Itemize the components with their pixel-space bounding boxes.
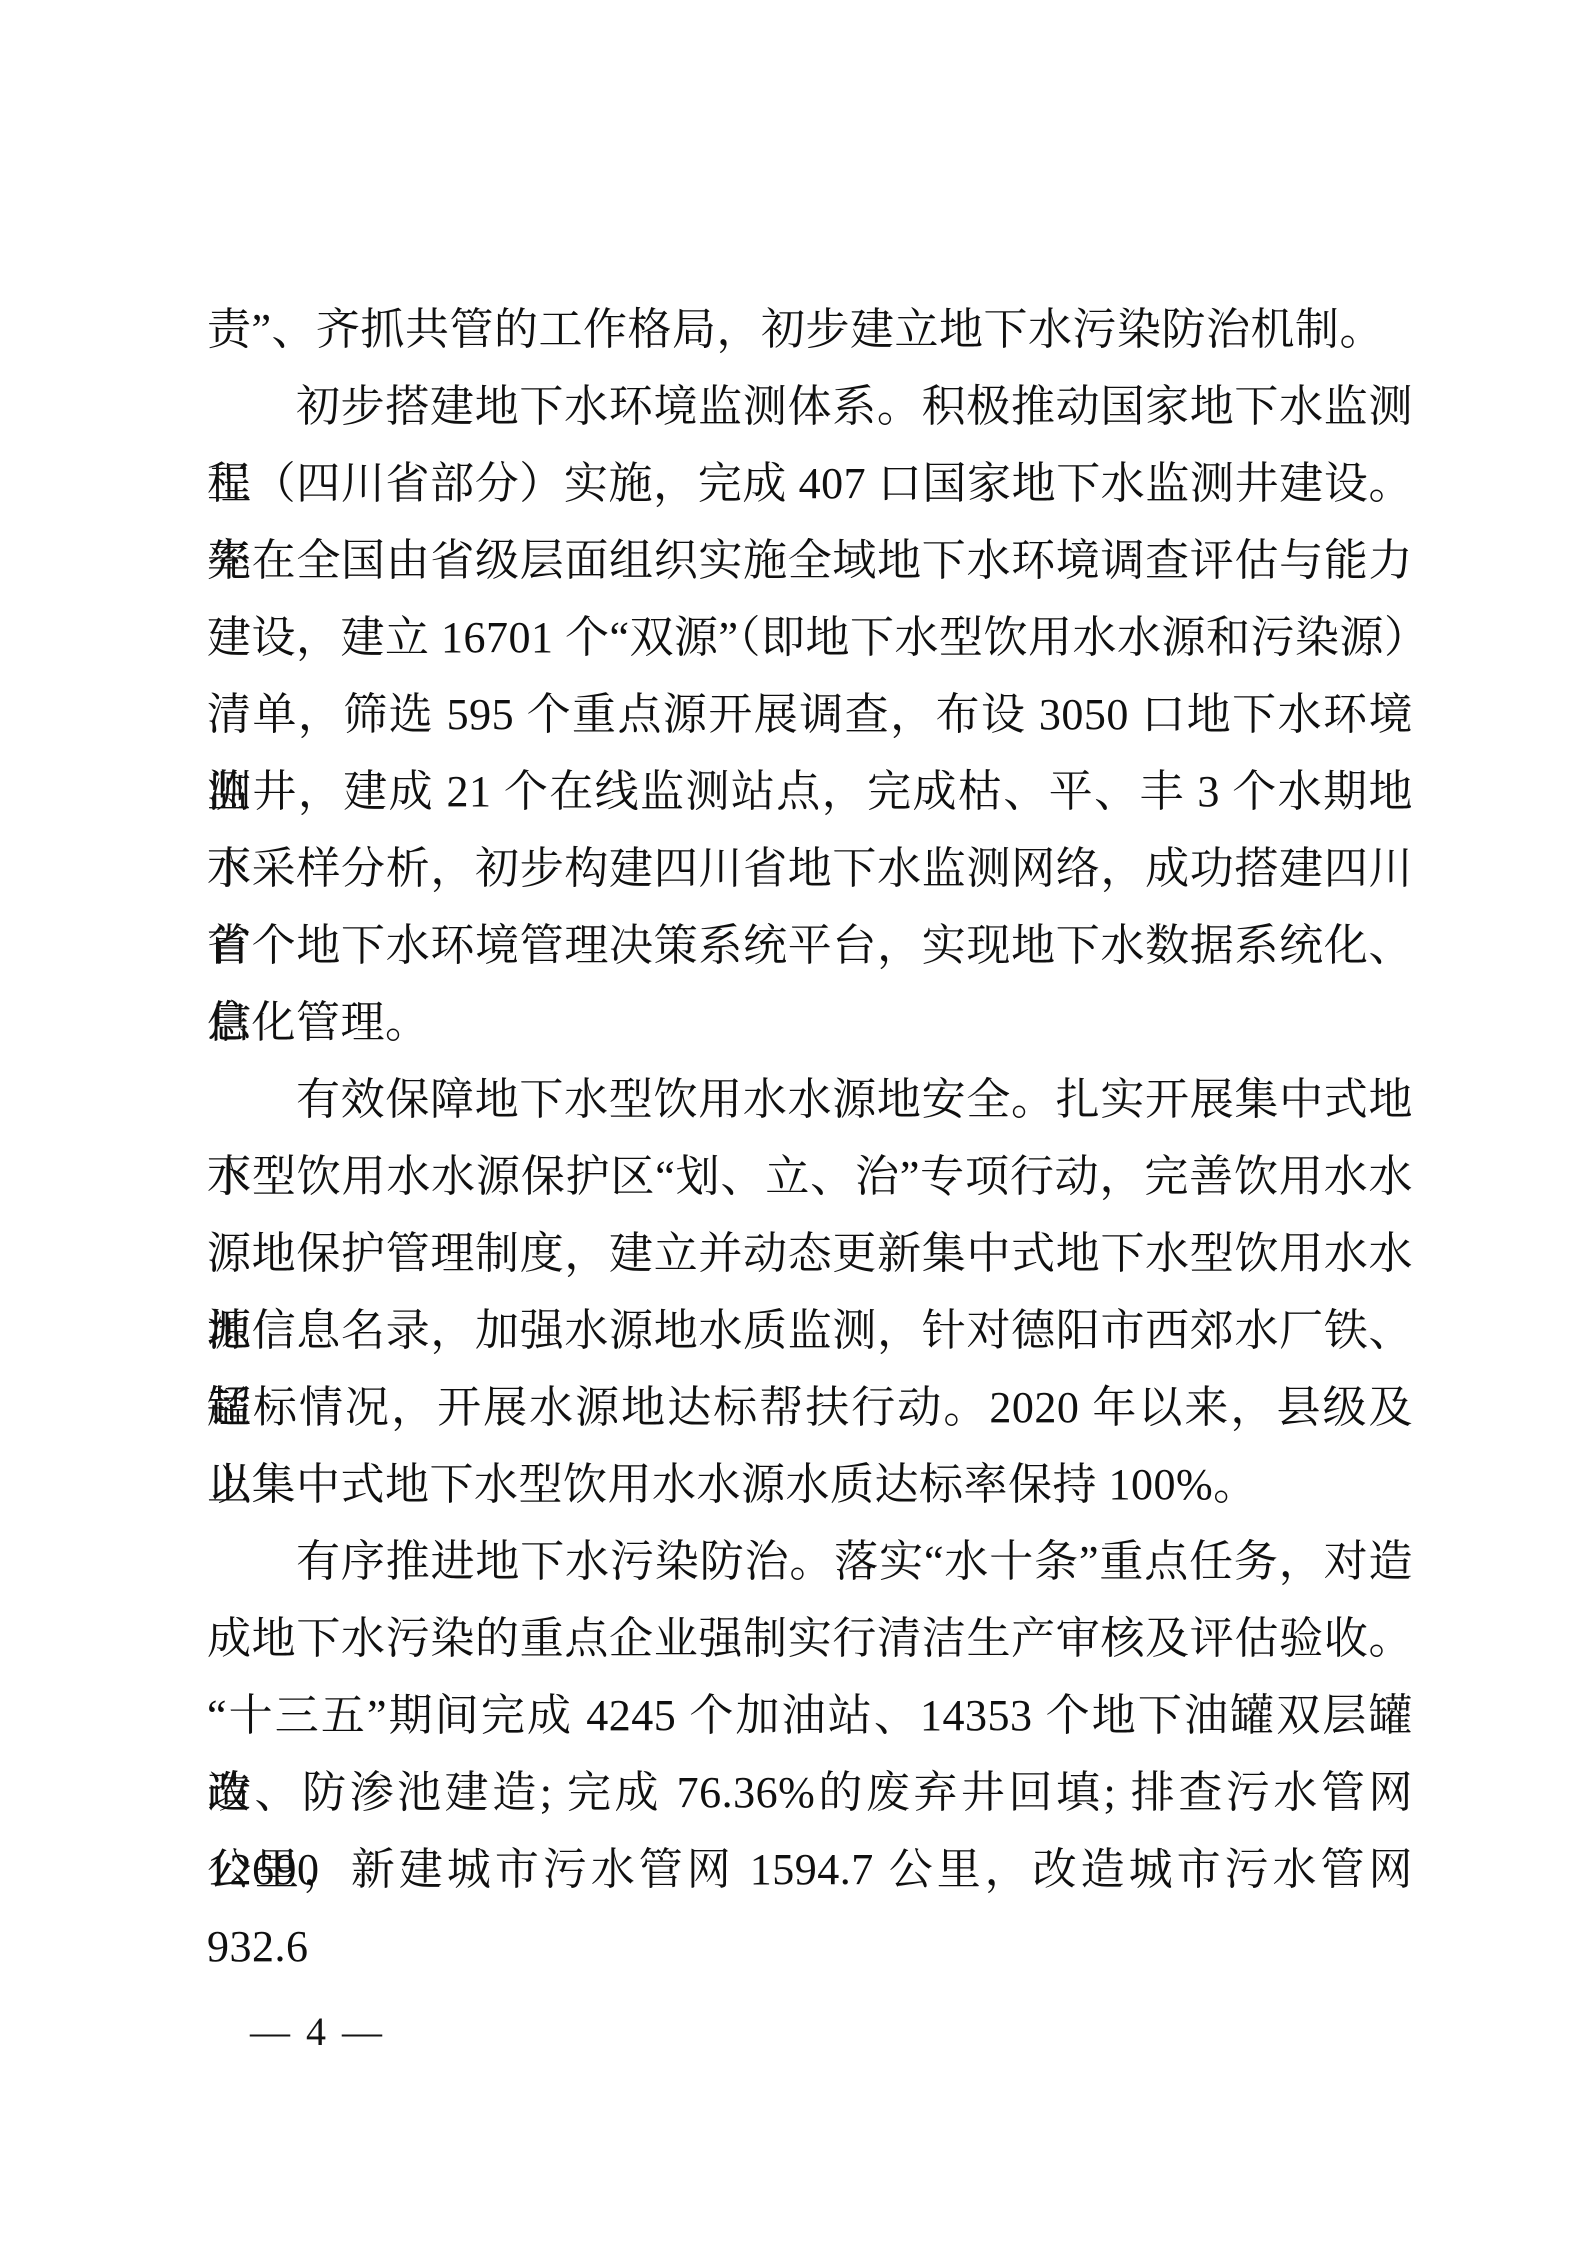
page-number: — 4 — — [250, 2006, 385, 2058]
text-line: 水采样分析，初步构建四川省地下水监测网络，成功搭建四川省 — [207, 830, 1413, 907]
text-line: 测井，建成 21 个在线监测站点，完成枯、平、丰 3 个水期地下 — [207, 753, 1413, 830]
text-line: 建设，建立 16701 个“双源”（即地下水型饮用水水源和污染源） — [207, 599, 1413, 676]
text-line: 先在全国由省级层面组织实施全域地下水环境调查评估与能力 — [207, 522, 1413, 599]
text-line: 首个地下水环境管理决策系统平台，实现地下水数据系统化、信 — [207, 907, 1413, 984]
text-line: 有效保障地下水型饮用水水源地安全。扎实开展集中式地下 — [207, 1061, 1413, 1138]
text-line: 上集中式地下水型饮用水水源水质达标率保持 100%。 — [207, 1446, 1413, 1523]
text-line: 造、防渗池建造; 完成 76.36%的废弃井回填; 排查污水管网 12690 — [207, 1754, 1413, 1831]
text-line: “十三五”期间完成 4245 个加油站、14353 个地下油罐双层罐改 — [207, 1677, 1413, 1754]
text-line: 地信息名录，加强水源地水质监测，针对德阳市西郊水厂铁、锰 — [207, 1292, 1413, 1369]
text-line: 公里，新建城市污水管网 1594.7 公里，改造城市污水管网 932.6 — [207, 1831, 1413, 1908]
text-line: 有序推进地下水污染防治。落实“水十条”重点任务，对造 — [207, 1523, 1413, 1600]
text-line: 源地保护管理制度，建立并动态更新集中式地下水型饮用水水源 — [207, 1215, 1413, 1292]
text-line: 清单，筛选 595 个重点源开展调查，布设 3050 口地下水环境监 — [207, 676, 1413, 753]
text-line: 息化管理。 — [207, 984, 1413, 1061]
body-text-block: 责”、齐抓共管的工作格局，初步建立地下水污染防治机制。 初步搭建地下水环境监测体… — [207, 291, 1413, 1908]
document-page: 责”、齐抓共管的工作格局，初步建立地下水污染防治机制。 初步搭建地下水环境监测体… — [0, 0, 1587, 2245]
text-line: 程（四川省部分）实施，完成 407 口国家地下水监测井建设。率 — [207, 445, 1413, 522]
text-line: 初步搭建地下水环境监测体系。积极推动国家地下水监测工 — [207, 368, 1413, 445]
text-line: 责”、齐抓共管的工作格局，初步建立地下水污染防治机制。 — [207, 291, 1413, 368]
text-line: 成地下水污染的重点企业强制实行清洁生产审核及评估验收。 — [207, 1600, 1413, 1677]
text-line: 水型饮用水水源保护区“划、立、治”专项行动，完善饮用水水 — [207, 1138, 1413, 1215]
text-line: 超标情况，开展水源地达标帮扶行动。2020 年以来，县级及以 — [207, 1369, 1413, 1446]
